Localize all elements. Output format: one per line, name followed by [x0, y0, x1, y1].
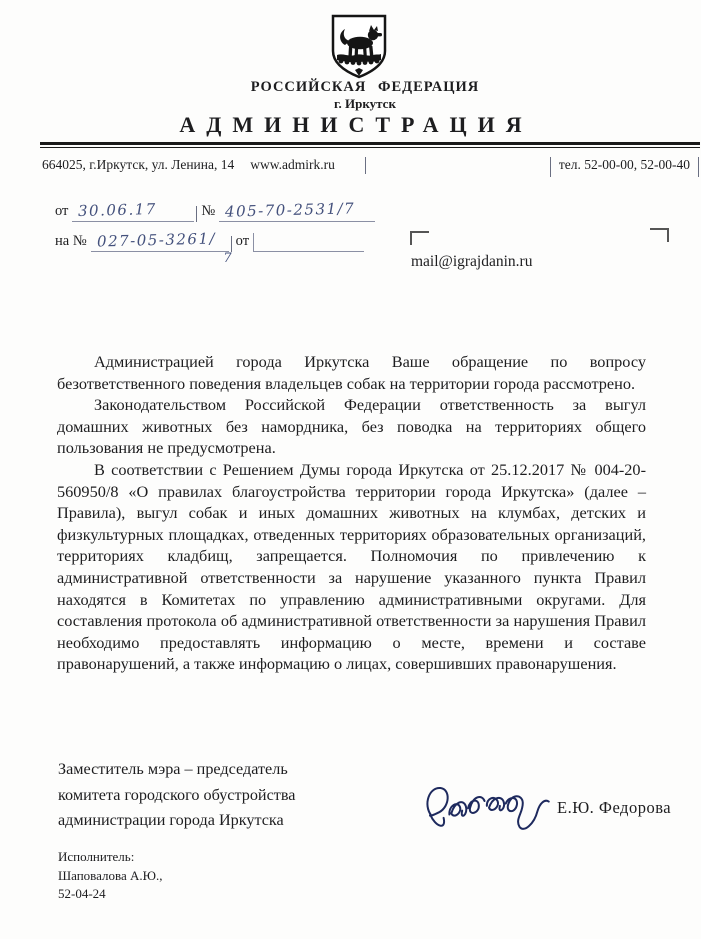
letter-body: Администрацией города Иркутска Ваше обра…	[57, 351, 646, 675]
outgoing-number-label: №	[201, 203, 215, 219]
paragraph: Законодательством Российской Федерации о…	[57, 394, 646, 459]
signatory-position-line: Заместитель мэра – председатель	[58, 757, 295, 783]
letterhead-website: www.admirk.ru	[250, 157, 335, 173]
incoming-date-field	[253, 233, 364, 252]
letterhead-org-title: АДМИНИСТРАЦИЯ	[0, 112, 701, 138]
reference-row-outgoing: от30.06.17№405-70-2531/7	[55, 201, 375, 222]
letterhead-address-block: 664025, г.Иркутск, ул. Ленина, 14 www.ad…	[42, 157, 366, 174]
letterhead-country: РОССИЙСКАЯ ФЕДЕРАЦИЯ	[0, 79, 701, 96]
letterhead-phone: тел. 52-00-00, 52-00-40	[550, 157, 699, 177]
signatory-position-line: администрации города Иркутска	[58, 808, 295, 834]
divider-tick	[365, 157, 366, 174]
paragraph: Администрацией города Иркутска Ваше обра…	[57, 351, 646, 394]
incoming-number-label: на №	[55, 233, 87, 249]
address-corner-bracket-right	[650, 228, 669, 242]
signatory-position: Заместитель мэра – председатель комитета…	[58, 757, 295, 834]
reference-row-incoming: на №027-05-3261/7от	[55, 231, 364, 252]
signatory-position-line: комитета городского обустройства	[58, 783, 295, 809]
incoming-number-denominator: 7	[223, 251, 231, 266]
letterhead-rule	[40, 142, 700, 148]
executor-block: Исполнитель: Шаповалова А.Ю., 52-04-24	[58, 848, 163, 904]
paragraph: В соответствии с Решением Думы города Ир…	[57, 459, 646, 675]
outgoing-date-field: 30.06.17	[72, 201, 194, 222]
signatory-name: Е.Ю. Федорова	[557, 798, 671, 818]
incoming-number-value: 027-05-3261/	[96, 229, 216, 250]
address-corner-bracket-left	[410, 231, 429, 245]
incoming-number-field: 027-05-3261/7	[91, 231, 229, 252]
executor-label: Исполнитель:	[58, 848, 163, 867]
scanned-letter-page: РОССИЙСКАЯ ФЕДЕРАЦИЯ г. Иркутск АДМИНИСТ…	[0, 0, 701, 939]
divider-tick	[231, 236, 232, 252]
outgoing-number-field: 405-70-2531/7	[219, 201, 375, 222]
irkutsk-coat-of-arms-icon	[330, 14, 388, 80]
divider-tick	[196, 206, 197, 222]
letterhead-address: 664025, г.Иркутск, ул. Ленина, 14	[42, 157, 234, 173]
outgoing-date-label: от	[55, 203, 68, 219]
executor-name: Шаповалова А.Ю.,	[58, 867, 163, 886]
letterhead-city: г. Иркутск	[0, 96, 701, 112]
executor-phone: 52-04-24	[58, 885, 163, 904]
recipient-email: mail@igrajdanin.ru	[411, 253, 532, 271]
incoming-date-label: от	[236, 233, 249, 249]
outgoing-number-value: 405-70-2531/7	[225, 199, 356, 220]
letterhead-contact-row: 664025, г.Иркутск, ул. Ленина, 14 www.ad…	[42, 157, 699, 177]
outgoing-date-value: 30.06.17	[78, 200, 157, 220]
handwritten-signature-icon	[413, 765, 558, 850]
